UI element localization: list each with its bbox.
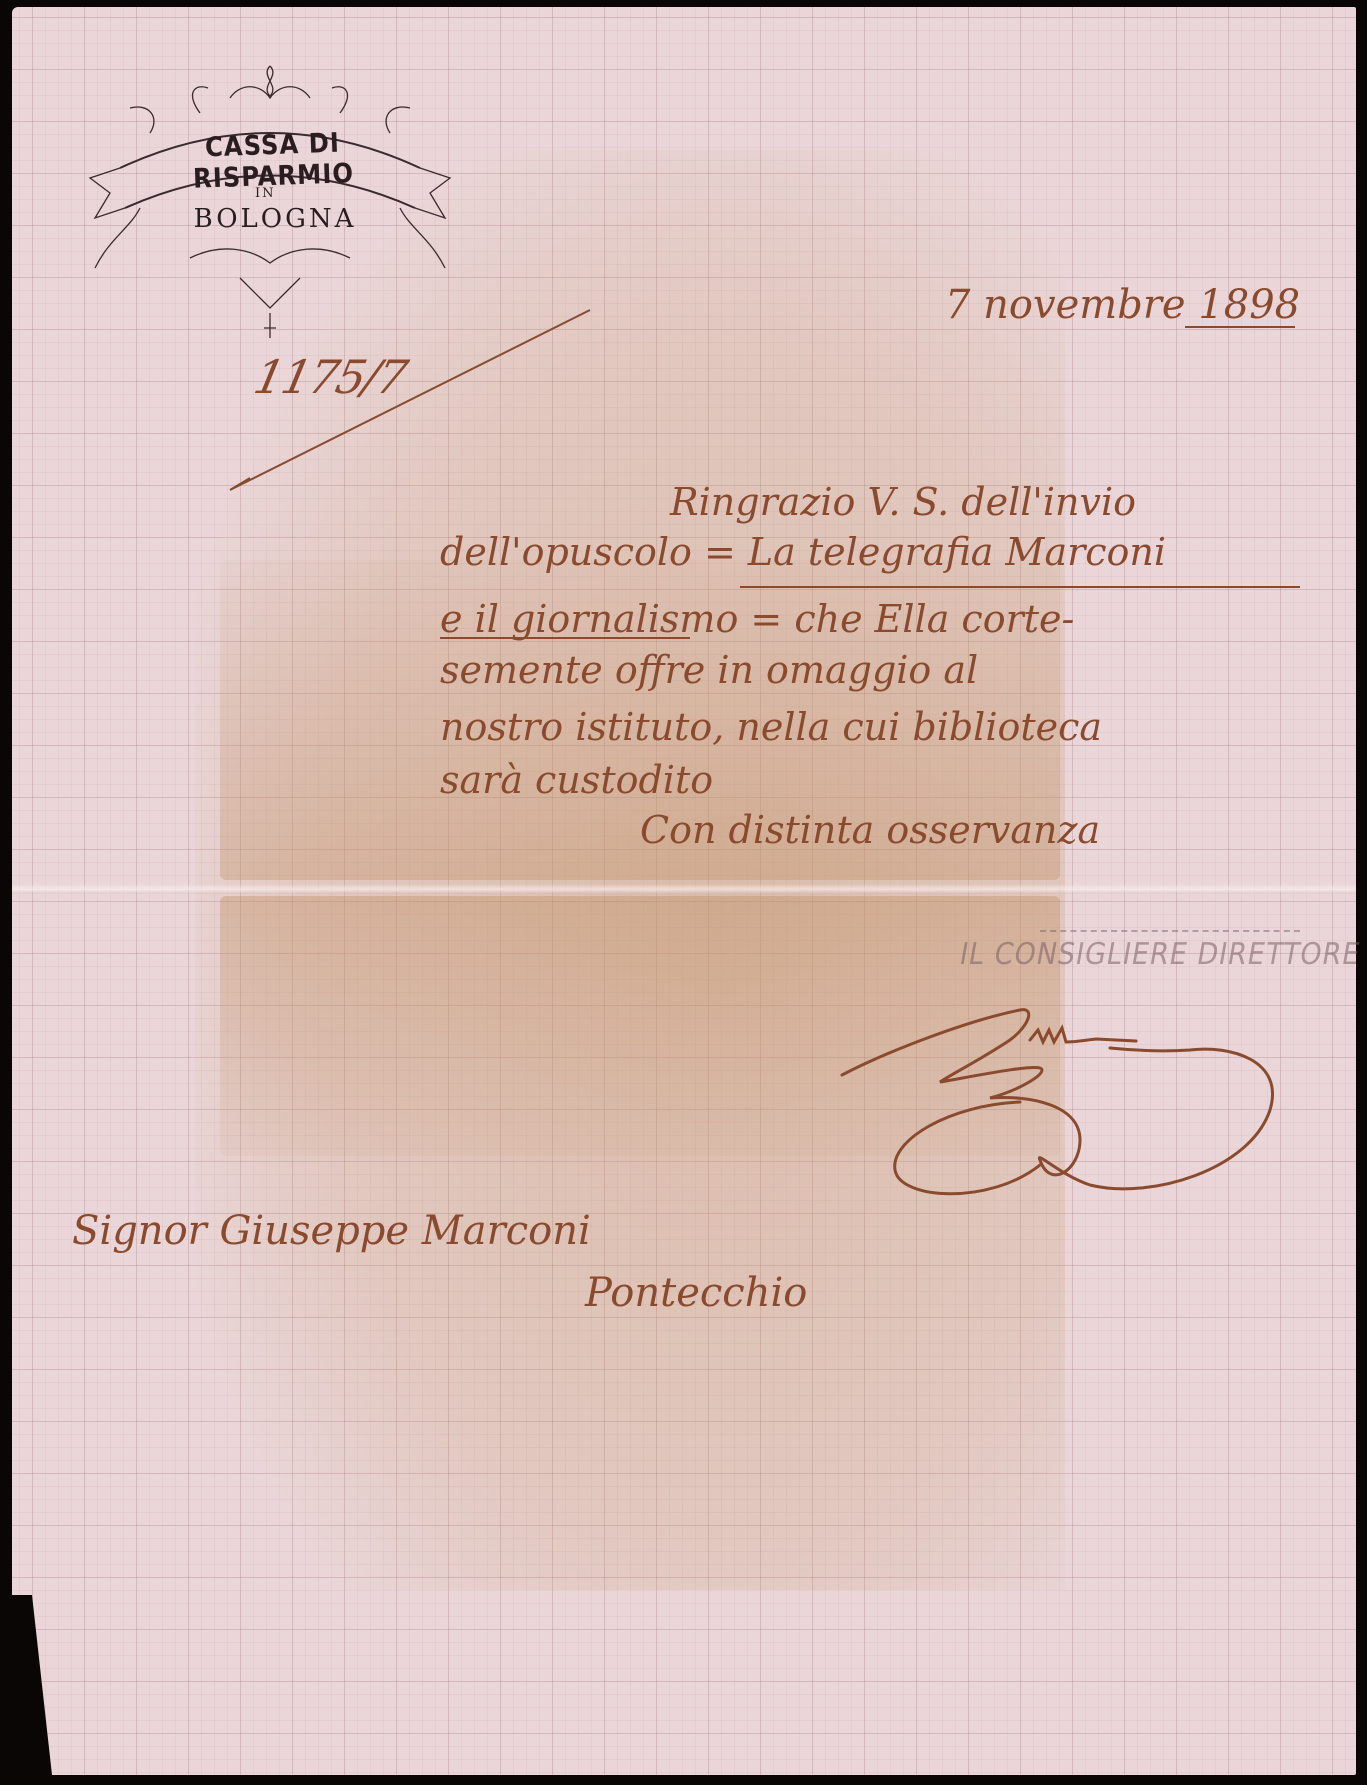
signature-icon [830,990,1290,1220]
body-line-4: semente offre in omaggio al [440,648,978,692]
title-underline-1 [740,586,1300,588]
diagonal-stroke [0,0,1367,1785]
body-line-2: dell'opuscolo = La telegrafia Marconi [440,530,1166,574]
title-underline-2 [440,637,690,639]
addressee-place: Pontecchio [585,1270,807,1316]
stamp-border [1040,930,1300,932]
body-line-5: nostro istituto, nella cui biblioteca [440,705,1102,749]
body-line-1: Ringrazio V. S. dell'invio [670,480,1136,524]
body-line-3: e il giornalismo = che Ella corte- [440,597,1074,641]
director-stamp: IL CONSIGLIERE DIRETTORE [957,937,1363,972]
closing-line: Con distinta osservanza [640,808,1100,852]
body-line-6: sarà custodito [440,758,713,802]
addressee-name: Signor Giuseppe Marconi [72,1208,591,1254]
